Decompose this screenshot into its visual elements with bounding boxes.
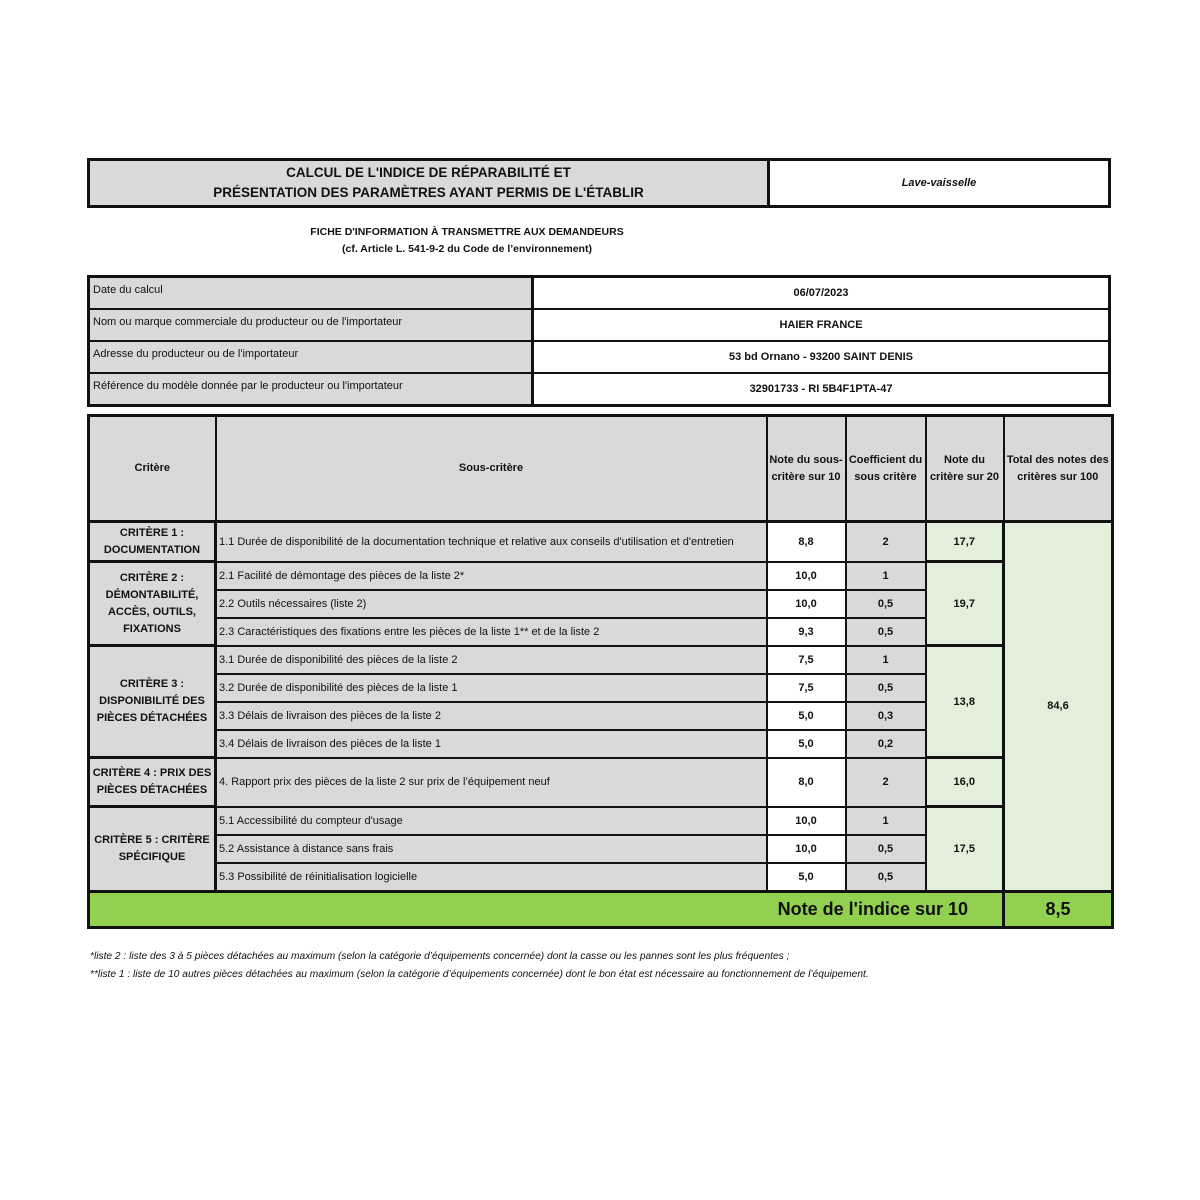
total-score: 84,6 [1004, 522, 1113, 892]
subcriterion-coef: 0,2 [846, 730, 926, 758]
info-value: 53 bd Ornano - 93200 SAINT DENIS [534, 342, 1108, 372]
table-row: CRITÈRE 3 : DISPONIBILITÉ DES PIÈCES DÉT… [89, 646, 1113, 674]
subcriterion-note: 5,0 [767, 730, 846, 758]
subcriterion-label: 2.3 Caractéristiques des fixations entre… [216, 618, 767, 646]
subcriterion-note: 10,0 [767, 562, 846, 590]
criterion-4-note: 16,0 [926, 758, 1004, 807]
info-row-address: Adresse du producteur ou de l'importateu… [90, 342, 1108, 374]
subcriterion-note: 7,5 [767, 646, 846, 674]
subcriterion-coef: 2 [846, 522, 926, 562]
info-row-date: Date du calcul 06/07/2023 [90, 278, 1108, 310]
header-coefficient: Coefficient du sous critère [846, 416, 926, 522]
subcriterion-label: 5.3 Possibilité de réinitialisation logi… [216, 863, 767, 892]
criterion-1-note: 17,7 [926, 522, 1004, 562]
criterion-1-label: CRITÈRE 1 : DOCUMENTATION [89, 522, 216, 562]
subcriterion-note: 7,5 [767, 674, 846, 702]
subcriterion-note: 5,0 [767, 702, 846, 730]
criterion-2-label: CRITÈRE 2 : DÉMONTABILITÉ, ACCÈS, OUTILS… [89, 562, 216, 646]
info-value: 06/07/2023 [534, 278, 1108, 308]
criterion-5-note: 17,5 [926, 807, 1004, 892]
subcriterion-label: 2.1 Facilité de démontage des pièces de … [216, 562, 767, 590]
repairability-table: Critère Sous-critère Note du sous-critèr… [87, 414, 1114, 929]
subcriterion-coef: 0,5 [846, 674, 926, 702]
table-row: CRITÈRE 5 : CRITÈRE SPÉCIFIQUE 5.1 Acces… [89, 807, 1113, 835]
final-score-row: Note de l'indice sur 10 8,5 [89, 891, 1113, 927]
subcriterion-label: 3.3 Délais de livraison des pièces de la… [216, 702, 767, 730]
subcriterion-coef: 0,5 [846, 835, 926, 863]
footnote-liste-2: *liste 2 : liste des 3 à 5 pièces détach… [90, 948, 1090, 966]
subcriterion-label: 3.4 Délais de livraison des pièces de la… [216, 730, 767, 758]
final-score-value: 8,5 [1004, 891, 1113, 927]
subcriterion-label: 1.1 Durée de disponibilité de la documen… [216, 522, 767, 562]
subcriterion-coef: 0,5 [846, 590, 926, 618]
info-row-reference: Référence du modèle donnée par le produc… [90, 374, 1108, 404]
subcriterion-note: 8,0 [767, 758, 846, 807]
subcriterion-label: 2.2 Outils nécessaires (liste 2) [216, 590, 767, 618]
subcriterion-note: 8,8 [767, 522, 846, 562]
info-value: 32901733 - RI 5B4F1PTA-47 [534, 374, 1108, 404]
final-score-label: Note de l'indice sur 10 [89, 891, 1004, 927]
criterion-2-note: 19,7 [926, 562, 1004, 646]
subtitle-line-1: FICHE D'INFORMATION À TRANSMETTRE AUX DE… [87, 224, 847, 241]
subcriterion-coef: 0,3 [846, 702, 926, 730]
info-label: Date du calcul [90, 278, 534, 308]
criterion-4-label: CRITÈRE 4 : PRIX DES PIÈCES DÉTACHÉES [89, 758, 216, 807]
info-value: HAIER FRANCE [534, 310, 1108, 340]
subcriterion-note: 10,0 [767, 590, 846, 618]
info-table: Date du calcul 06/07/2023 Nom ou marque … [87, 275, 1111, 407]
subtitle: FICHE D'INFORMATION À TRANSMETTRE AUX DE… [87, 224, 847, 258]
subcriterion-coef: 2 [846, 758, 926, 807]
info-label: Référence du modèle donnée par le produc… [90, 374, 534, 404]
subcriterion-label: 5.2 Assistance à distance sans frais [216, 835, 767, 863]
header-sous-critere: Sous-critère [216, 416, 767, 522]
subcriterion-label: 5.1 Accessibilité du compteur d'usage [216, 807, 767, 835]
header-critere: Critère [89, 416, 216, 522]
table-row: CRITÈRE 4 : PRIX DES PIÈCES DÉTACHÉES 4.… [89, 758, 1113, 807]
subcriterion-coef: 0,5 [846, 863, 926, 892]
subcriterion-label: 4. Rapport prix des pièces de la liste 2… [216, 758, 767, 807]
table-header-row: Critère Sous-critère Note du sous-critèr… [89, 416, 1113, 522]
title-line-1: CALCUL DE L'INDICE DE RÉPARABILITÉ ET [286, 163, 571, 183]
title-block: CALCUL DE L'INDICE DE RÉPARABILITÉ ET PR… [87, 158, 1111, 208]
info-label: Adresse du producteur ou de l'importateu… [90, 342, 534, 372]
subcriterion-note: 10,0 [767, 835, 846, 863]
criterion-3-note: 13,8 [926, 646, 1004, 758]
info-row-brand: Nom ou marque commerciale du producteur … [90, 310, 1108, 342]
document-title: CALCUL DE L'INDICE DE RÉPARABILITÉ ET PR… [90, 161, 770, 205]
footnote-liste-1: **liste 1 : liste de 10 autres pièces dé… [90, 966, 1090, 984]
subcriterion-label: 3.1 Durée de disponibilité des pièces de… [216, 646, 767, 674]
header-note-critere: Note du critère sur 20 [926, 416, 1004, 522]
subcriterion-coef: 1 [846, 807, 926, 835]
header-note-sous-critere: Note du sous-critère sur 10 [767, 416, 846, 522]
table-row: CRITÈRE 1 : DOCUMENTATION 1.1 Durée de d… [89, 522, 1113, 562]
subcriterion-coef: 1 [846, 562, 926, 590]
subcriterion-label: 3.2 Durée de disponibilité des pièces de… [216, 674, 767, 702]
criterion-3-label: CRITÈRE 3 : DISPONIBILITÉ DES PIÈCES DÉT… [89, 646, 216, 758]
footnotes: *liste 2 : liste des 3 à 5 pièces détach… [90, 948, 1090, 984]
subcriterion-coef: 0,5 [846, 618, 926, 646]
table-row: CRITÈRE 2 : DÉMONTABILITÉ, ACCÈS, OUTILS… [89, 562, 1113, 590]
subcriterion-note: 5,0 [767, 863, 846, 892]
criterion-5-label: CRITÈRE 5 : CRITÈRE SPÉCIFIQUE [89, 807, 216, 892]
subcriterion-note: 9,3 [767, 618, 846, 646]
subtitle-line-2: (cf. Article L. 541-9-2 du Code de l’env… [87, 241, 847, 258]
info-label: Nom ou marque commerciale du producteur … [90, 310, 534, 340]
product-category: Lave-vaisselle [770, 161, 1108, 205]
subcriterion-note: 10,0 [767, 807, 846, 835]
header-total: Total des notes des critères sur 100 [1004, 416, 1113, 522]
subcriterion-coef: 1 [846, 646, 926, 674]
title-line-2: PRÉSENTATION DES PARAMÈTRES AYANT PERMIS… [213, 183, 644, 203]
